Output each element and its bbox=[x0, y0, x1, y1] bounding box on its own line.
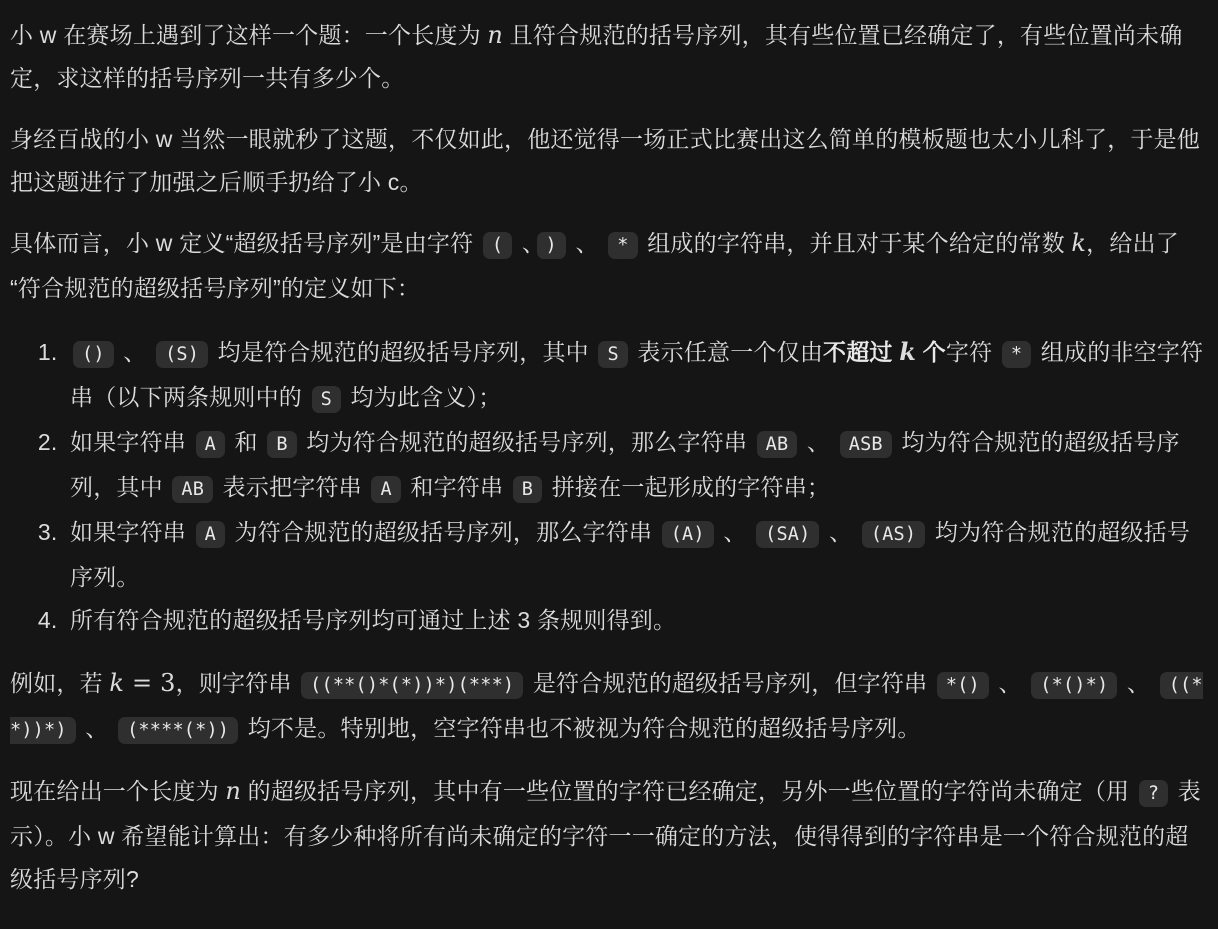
text-run: 例如，若 bbox=[10, 670, 109, 696]
inline-code: A bbox=[196, 431, 225, 458]
text-run: 拼接在一起形成的字符串； bbox=[545, 474, 830, 500]
paragraph-intro: 小 w 在赛场上遇到了这样一个题：一个长度为 n 且符合规范的括号序列，其有些位… bbox=[10, 14, 1208, 100]
inline-code: (S) bbox=[156, 341, 208, 368]
math-variable-bold: k bbox=[899, 337, 916, 366]
text-run: 均为符合规范的超级括号序列，那么字符串 bbox=[300, 429, 754, 455]
inline-code: A bbox=[196, 521, 225, 548]
text-run: 和 bbox=[228, 429, 264, 455]
inline-code: ) bbox=[537, 232, 566, 259]
rule-item-2: 如果字符串 A 和 B 均为符合规范的超级括号序列，那么字符串 AB 、 ASB… bbox=[64, 421, 1208, 511]
inline-code: AB bbox=[172, 476, 213, 503]
paragraph-backstory: 身经百战的小 w 当然一眼就秒了这题，不仅如此，他还觉得一场正式比赛出这么简单的… bbox=[10, 118, 1208, 204]
math-variable: k bbox=[109, 669, 124, 697]
text-run: 具体而言，小 w 定义“超级括号序列”是由字符 bbox=[10, 230, 480, 256]
inline-code: AB bbox=[757, 431, 798, 458]
inline-code: S bbox=[598, 341, 627, 368]
text-run: 所有符合规范的超级括号序列均可通过上述 3 条规则得到。 bbox=[70, 607, 676, 633]
rule-item-3: 如果字符串 A 为符合规范的超级括号序列，那么字符串 (A) 、 (SA) 、 … bbox=[64, 511, 1208, 599]
math-expression: = 3 bbox=[124, 669, 175, 697]
inline-code: ? bbox=[1139, 780, 1168, 807]
problem-statement: 小 w 在赛场上遇到了这样一个题：一个长度为 n 且符合规范的括号序列，其有些位… bbox=[10, 14, 1208, 901]
inline-code: * bbox=[608, 232, 637, 259]
inline-code: (SA) bbox=[756, 521, 819, 548]
text-run: 均为此含义）； bbox=[344, 384, 502, 410]
inline-code: * bbox=[1002, 341, 1031, 368]
text-run: 、 bbox=[515, 230, 533, 256]
inline-code: ASB bbox=[840, 431, 892, 458]
text-run: 的超级括号序列，其中有一些位置的字符已经确定，另外一些位置的字符尚未确定（用 bbox=[241, 778, 1136, 804]
paragraph-example: 例如，若 k = 3，则字符串 ((**()*(*))*)(***) 是符合规范… bbox=[10, 662, 1208, 752]
text-run: 小 w 在赛场上遇到了这样一个题：一个长度为 bbox=[10, 22, 487, 48]
text-run: 、 bbox=[992, 670, 1028, 696]
text-run: 是符合规范的超级括号序列，但字符串 bbox=[526, 670, 934, 696]
bold-text: 个 bbox=[916, 339, 946, 365]
text-run: 、 bbox=[1120, 670, 1156, 696]
rule-item-4: 所有符合规范的超级括号序列均可通过上述 3 条规则得到。 bbox=[64, 599, 1208, 642]
text-run: 、 bbox=[117, 339, 153, 365]
text-run: 表示任意一个仅由 bbox=[631, 339, 823, 365]
text-run: 、 bbox=[822, 519, 858, 545]
rule-item-1: () 、 (S) 均是符合规范的超级括号序列，其中 S 表示任意一个仅由不超过 … bbox=[64, 330, 1208, 421]
math-variable: n bbox=[225, 777, 241, 805]
inline-code: (****(*)) bbox=[118, 717, 238, 744]
text-run: 为符合规范的超级括号序列，那么字符串 bbox=[228, 519, 659, 545]
math-variable: k bbox=[1071, 229, 1086, 257]
inline-code: B bbox=[513, 476, 542, 503]
bold-text: 不超过 bbox=[823, 339, 899, 365]
inline-code: (*()*) bbox=[1031, 672, 1117, 699]
text-run: 现在给出一个长度为 bbox=[10, 778, 225, 804]
inline-code: *() bbox=[937, 672, 989, 699]
inline-code: ((**()*(*))*)(***) bbox=[301, 672, 523, 699]
text-run: 、 bbox=[79, 715, 115, 741]
text-run: 字符 bbox=[946, 339, 999, 365]
text-run: 、 bbox=[800, 429, 836, 455]
math-variable: n bbox=[487, 21, 503, 49]
text-run: 和字符串 bbox=[404, 474, 510, 500]
text-run: 、 bbox=[717, 519, 753, 545]
text-run: ，则字符串 bbox=[176, 670, 299, 696]
text-run: 如果字符串 bbox=[70, 429, 193, 455]
rules-list: () 、 (S) 均是符合规范的超级括号序列，其中 S 表示任意一个仅由不超过 … bbox=[10, 330, 1208, 642]
inline-code: () bbox=[73, 341, 114, 368]
document-page: { "page": { "language": "zh-CN", "theme"… bbox=[0, 0, 1218, 929]
text-run: 组成的字符串，并且对于某个给定的常数 bbox=[641, 230, 1072, 256]
inline-code: (A) bbox=[662, 521, 714, 548]
text-run: 如果字符串 bbox=[70, 519, 193, 545]
paragraph-definition-lead: 具体而言，小 w 定义“超级括号序列”是由字符 ( 、) 、 * 组成的字符串，… bbox=[10, 222, 1208, 310]
inline-code: B bbox=[267, 431, 296, 458]
inline-code: (AS) bbox=[862, 521, 925, 548]
text-run: 表示把字符串 bbox=[216, 474, 368, 500]
paragraph-question: 现在给出一个长度为 n 的超级括号序列，其中有一些位置的字符已经确定，另外一些位… bbox=[10, 770, 1208, 901]
inline-code: S bbox=[312, 386, 341, 413]
text-run: 均不是。特别地，空字符串也不被视为符合规范的超级括号序列。 bbox=[241, 715, 920, 741]
text-run: 、 bbox=[569, 230, 605, 256]
text-run: 身经百战的小 w 当然一眼就秒了这题，不仅如此，他还觉得一场正式比赛出这么简单的… bbox=[10, 126, 1200, 195]
text-run: 均是符合规范的超级括号序列，其中 bbox=[211, 339, 595, 365]
inline-code: A bbox=[371, 476, 400, 503]
inline-code: ( bbox=[483, 232, 512, 259]
